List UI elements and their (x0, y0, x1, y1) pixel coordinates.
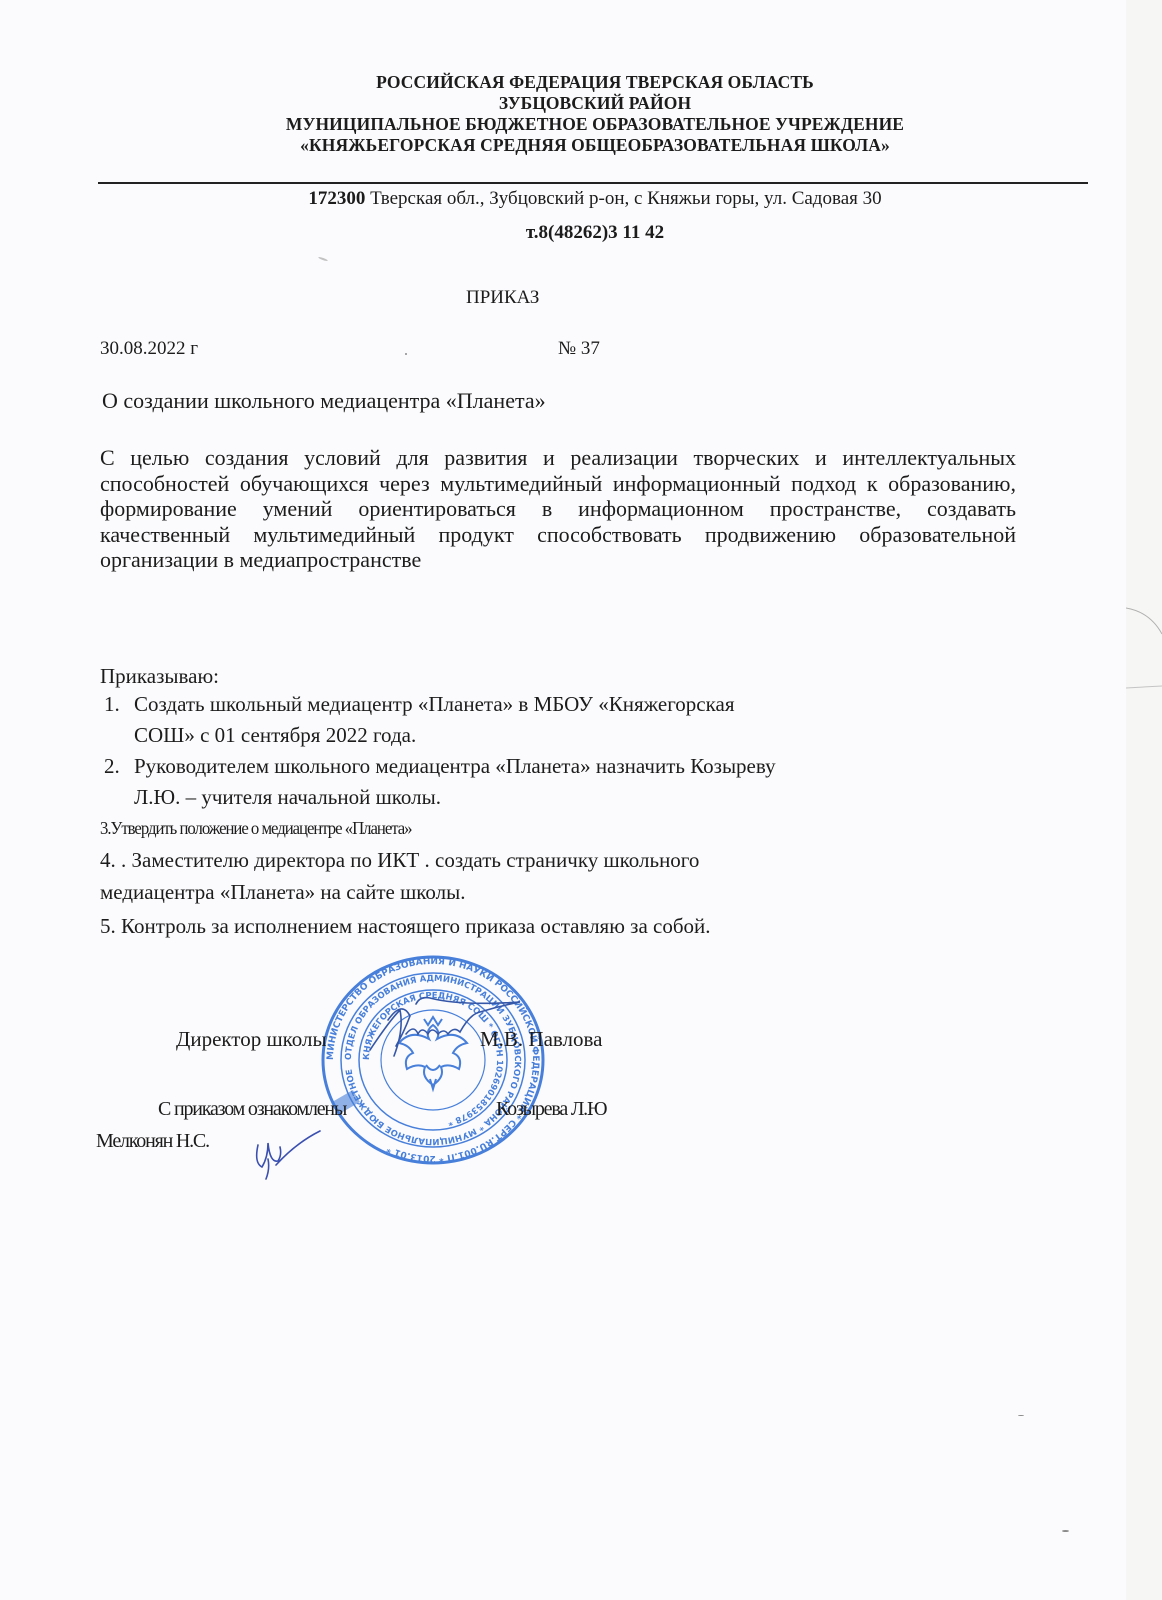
paper-fold-icon (1126, 0, 1162, 1600)
order-preamble: С целью создания условий для развития и … (100, 445, 1016, 573)
acknowledged-name: Козырева Л.Ю (496, 1098, 606, 1121)
scan-speck (620, 515, 622, 517)
document-page: РОССИЙСКАЯ ФЕДЕРАЦИЯ ТВЕРСКАЯ ОБЛАСТЬ ЗУ… (0, 0, 1127, 1600)
acknowledgement-signature-icon (246, 1125, 326, 1185)
letterhead-divider (98, 182, 1088, 184)
item-text: Руководителем школьного медиацентра «Пла… (134, 754, 776, 779)
scanner-background (1126, 0, 1162, 1600)
order-number: № 37 (558, 338, 600, 360)
item-number: 2. (104, 754, 120, 779)
scan-speck (1062, 1530, 1069, 1532)
letterhead-line: РОССИЙСКАЯ ФЕДЕРАЦИЯ ТВЕРСКАЯ ОБЛАСТЬ (100, 72, 1090, 93)
school-phone: т.8(48262)3 11 42 (100, 222, 1090, 244)
letterhead-line: МУНИЦИПАЛЬНОЕ БЮДЖЕТНОЕ ОБРАЗОВАТЕЛЬНОЕ … (100, 114, 1090, 135)
document-title: ПРИКАЗ (466, 287, 539, 309)
order-item-5: 5. Контроль за исполнением настоящего пр… (100, 914, 711, 939)
postcode: 172300 (308, 188, 365, 209)
director-label: Директор школы (176, 1027, 327, 1052)
order-subject: О создании школьного медиацентра «Планет… (102, 388, 546, 414)
order-date: 30.08.2022 г (100, 338, 198, 360)
order-item-4-cont: медиацентра «Планета» на сайте школы. (100, 880, 465, 905)
acknowledged-label: С приказом ознакомлены (158, 1098, 346, 1121)
order-intro: Приказываю: (100, 664, 219, 689)
acknowledged-name: Мелконян Н.С. (96, 1130, 209, 1153)
item-text: Л.Ю. – учителя начальной школы. (134, 785, 441, 810)
item-text: Создать школьный медиацентр «Планета» в … (134, 692, 735, 717)
order-item-4: 4. . Заместителю директора по ИКТ . созд… (100, 848, 699, 873)
school-address: 172300 Тверская обл., Зубцовский р-он, с… (100, 188, 1090, 210)
scan-speck (405, 353, 407, 355)
letterhead: РОССИЙСКАЯ ФЕДЕРАЦИЯ ТВЕРСКАЯ ОБЛАСТЬ ЗУ… (100, 72, 1090, 156)
letterhead-line: «КНЯЖЬЕГОРСКАЯ СРЕДНЯЯ ОБЩЕОБРАЗОВАТЕЛЬН… (100, 135, 1090, 156)
letterhead-line: ЗУБЦОВСКИЙ РАЙОН (100, 93, 1090, 114)
scan-speck (1018, 1415, 1024, 1416)
item-number: 1. (104, 692, 120, 717)
scan-speck (318, 256, 328, 261)
director-name: М.В. Павлова (480, 1027, 603, 1052)
address-text: Тверская обл., Зубцовский р-он, с Княжьи… (365, 188, 881, 209)
item-text: СОШ» с 01 сентября 2022 года. (134, 723, 416, 748)
order-item-3: 3.Утвердить положение о медиацентре «Пла… (100, 818, 411, 839)
